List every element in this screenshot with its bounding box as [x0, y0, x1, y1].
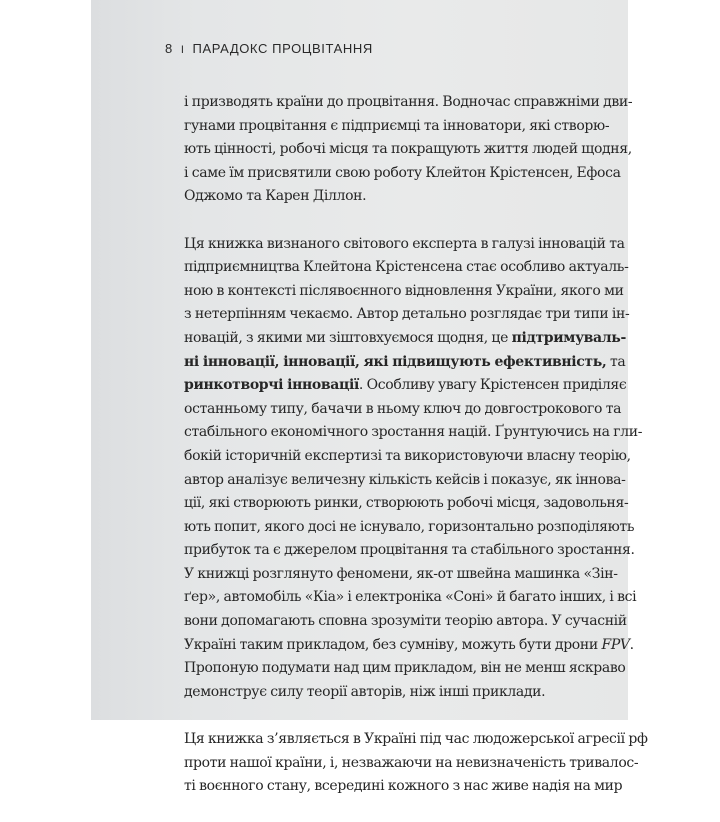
- text-segment: і саме їм присвятили свою роботу Клейтон…: [184, 165, 621, 181]
- text-segment: .: [630, 637, 634, 653]
- paragraph: Ця книжка визнаного світового експерта в…: [184, 233, 604, 705]
- italic-text: FPV: [601, 637, 629, 653]
- text-line: Оджомо та Карен Діллон.: [184, 185, 604, 209]
- book-title: ПАРАДОКС ПРОЦВІТАННЯ: [193, 41, 373, 56]
- text-segment: стабільного економічного зростання націй…: [184, 424, 642, 440]
- text-segment: вони допомагають сповна зрозуміти теорію…: [184, 613, 627, 629]
- text-segment: Ця книжка визнаного світового експерта в…: [184, 236, 625, 252]
- text-segment: останньому типу, бачачи в ньому ключ до …: [184, 401, 621, 417]
- paragraph: і призводять країни до процвітання. Водн…: [184, 91, 604, 209]
- text-segment: з нетерпінням чекаємо. Автор детально ро…: [184, 306, 629, 322]
- text-line: останньому типу, бачачи в ньому ключ до …: [184, 398, 604, 422]
- bold-text: підтримуваль-: [512, 330, 626, 346]
- text-segment: ють попит, якого досі не існувало, гориз…: [184, 519, 634, 535]
- text-line: ції, які створюють ринки, створюють робо…: [184, 492, 604, 516]
- text-segment: . Особливу увагу Крістенсен приділяє: [359, 377, 626, 393]
- text-line: ють попит, якого досі не існувало, гориз…: [184, 516, 604, 540]
- text-line: ґер», автомобіль «Кіа» і електроніка «Со…: [184, 586, 604, 610]
- text-line: з нетерпінням чекаємо. Автор детально ро…: [184, 303, 604, 327]
- text-line: прибуток та є джерелом процвітання та ст…: [184, 539, 604, 563]
- text-line: і призводять країни до процвітання. Водн…: [184, 91, 604, 115]
- text-line: Україні таким прикладом, без сумніву, мо…: [184, 634, 604, 658]
- bold-text: ринкотворчі інновації: [184, 377, 359, 393]
- text-segment: бокій історичній експертизі та використо…: [184, 448, 631, 464]
- text-line: У книжці розглянуто феномени, як-от швей…: [184, 563, 604, 587]
- page-number: 8: [165, 41, 173, 56]
- text-segment: автор аналізує величезну кількість кейсі…: [184, 472, 626, 488]
- text-line: Ця книжка визнаного світового експерта в…: [184, 233, 604, 257]
- text-segment: Оджомо та Карен Діллон.: [184, 188, 366, 204]
- text-segment: ції, які створюють ринки, створюють робо…: [184, 495, 628, 511]
- text-segment: і призводять країни до процвітання. Водн…: [184, 94, 632, 110]
- header-separator: I: [181, 44, 185, 56]
- text-line: гунами процвітання є підприємці та іннов…: [184, 115, 604, 139]
- text-line: вони допомагають сповна зрозуміти теорію…: [184, 610, 604, 634]
- text-line: стабільного економічного зростання націй…: [184, 421, 604, 445]
- text-segment: новацій, з якими ми зіштовхуємося щодня,…: [184, 330, 512, 346]
- bold-text: ні інновації, інновації, які підвищують …: [184, 354, 606, 370]
- text-segment: підприємництва Клейтона Крістенсена стає…: [184, 259, 628, 275]
- text-line: ною в контексті післявоєнного відновленн…: [184, 280, 604, 304]
- text-line: Пропоную подумати над цим прикладом, він…: [184, 657, 604, 681]
- body-text: і призводять країни до процвітання. Водн…: [184, 91, 604, 720]
- text-segment: Пропоную подумати над цим прикладом, він…: [184, 660, 625, 676]
- text-line: і саме їм присвятили свою роботу Клейтон…: [184, 162, 604, 186]
- text-line: ринкотворчі інновації. Особливу увагу Кр…: [184, 374, 604, 398]
- text-line: автор аналізує величезну кількість кейсі…: [184, 469, 604, 493]
- text-line: демонструє силу теорії авторів, ніж інші…: [184, 681, 604, 705]
- text-segment: ють цінності, робочі місця та покращують…: [184, 141, 632, 157]
- text-line: підприємництва Клейтона Крістенсена стає…: [184, 256, 604, 280]
- text-segment: прибуток та є джерелом процвітання та ст…: [184, 542, 635, 558]
- text-line: ні інновації, інновації, які підвищують …: [184, 351, 604, 375]
- text-line: ють цінності, робочі місця та покращують…: [184, 138, 604, 162]
- text-line: бокій історичній експертизі та використо…: [184, 445, 604, 469]
- text-segment: ґер», автомобіль «Кіа» і електроніка «Со…: [184, 589, 636, 605]
- text-segment: гунами процвітання є підприємці та іннов…: [184, 118, 609, 134]
- text-segment: Україні таким прикладом, без сумніву, мо…: [184, 637, 601, 653]
- text-line: новацій, з якими ми зіштовхуємося щодня,…: [184, 327, 604, 351]
- text-segment: демонструє силу теорії авторів, ніж інші…: [184, 684, 545, 700]
- text-segment: ною в контексті післявоєнного відновленн…: [184, 283, 624, 299]
- book-page: 8IПАРАДОКС ПРОЦВІТАННЯ і призводять краї…: [91, 0, 628, 720]
- text-segment: У книжці розглянуто феномени, як-от швей…: [184, 566, 618, 582]
- running-head: 8IПАРАДОКС ПРОЦВІТАННЯ: [165, 41, 373, 56]
- text-segment: та: [606, 354, 625, 370]
